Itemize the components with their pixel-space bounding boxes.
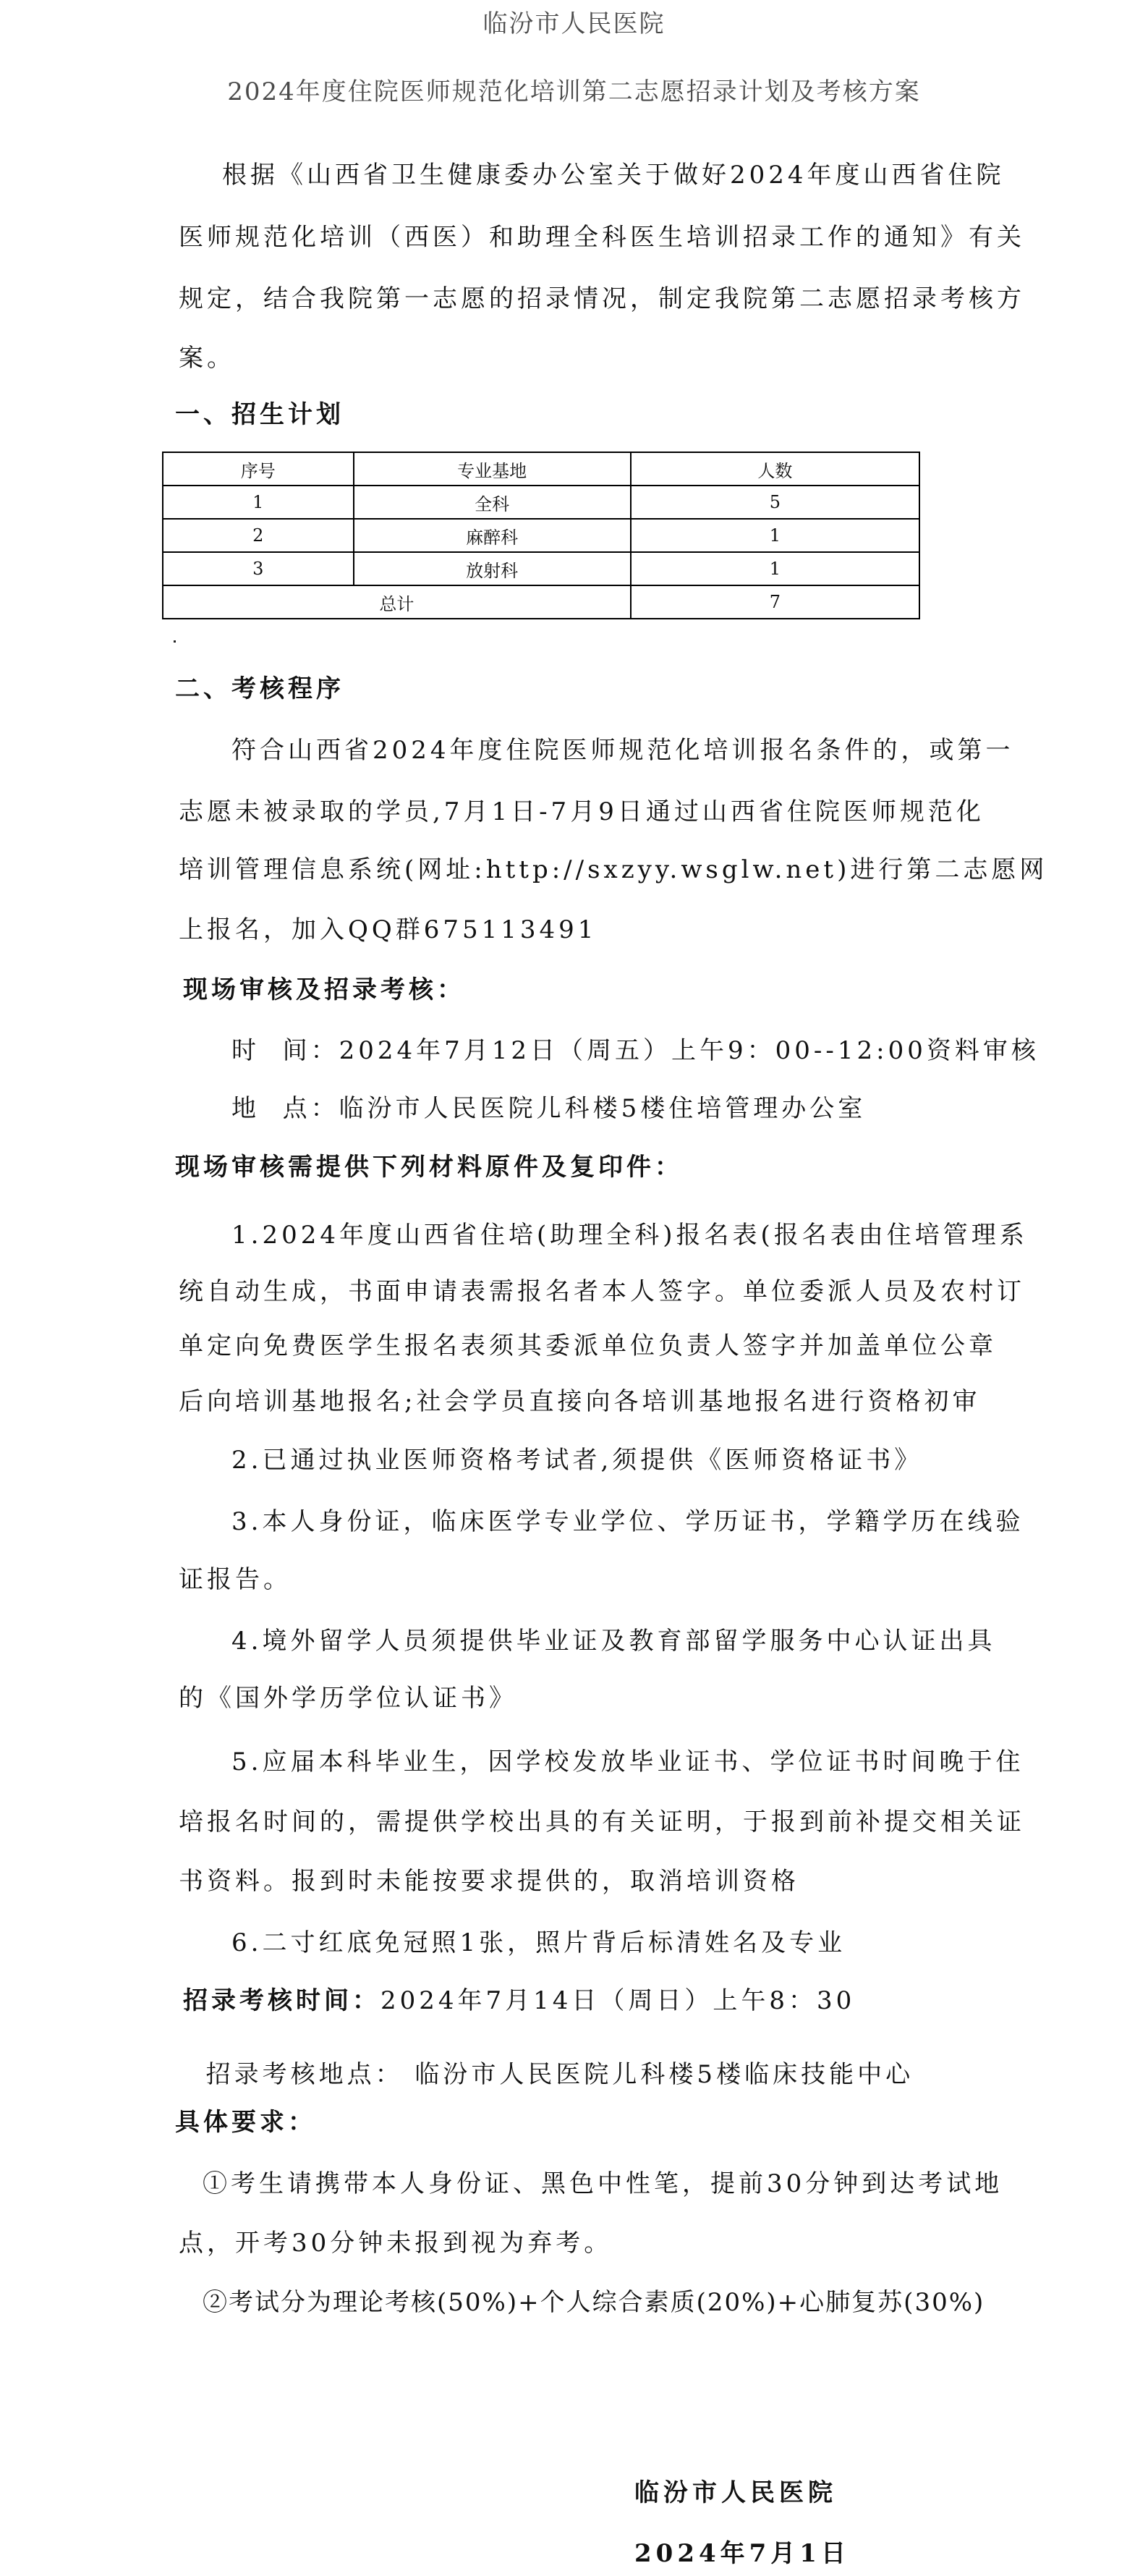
material-line: 1.2024年度山西省住培(助理全科)报名表(报名表由住培管理系 bbox=[231, 1221, 1028, 1250]
table-cell: 5 bbox=[631, 486, 919, 519]
table-header-row: 序号 专业基地 人数 bbox=[163, 452, 919, 486]
stray-dot bbox=[174, 640, 176, 643]
exam-time: 招录考核时间：2024年7月14日（周日）上午8：30 bbox=[183, 1986, 855, 2015]
exam-time-label: 招录考核时间： bbox=[183, 1986, 380, 2015]
document-subtitle: 2024年度住院医师规范化培训第二志愿招录计划及考核方案 bbox=[0, 77, 1148, 106]
material-line: 书资料。报到时未能按要求提供的，取消培训资格 bbox=[179, 1867, 799, 1896]
exam-place: 招录考核地点： 临汾市人民医院儿科楼5楼临床技能中心 bbox=[183, 2031, 914, 2089]
paragraph-line: 培训管理信息系统(网址:http://sxzyy.wsglw.net)进行第二志… bbox=[179, 855, 1047, 884]
requirement-line: ①考生请携带本人身份证、黑色中性笔，提前30分钟到达考试地 bbox=[203, 2169, 1003, 2198]
intro-line: 根据《山西省卫生健康委办公室关于做好2024年度山西省住院 bbox=[222, 161, 1005, 190]
table-total-value: 7 bbox=[631, 585, 919, 619]
requirements-heading: 具体要求： bbox=[175, 2108, 316, 2137]
review-place: 地 点：临汾市人民医院儿科楼5楼住培管理办公室 bbox=[231, 1094, 866, 1123]
material-line: 6.二寸红底免冠照1张，照片背后标清姓名及专业 bbox=[231, 1928, 846, 1957]
material-line: 2.已通过执业医师资格考试者,须提供《医师资格证书》 bbox=[231, 1446, 922, 1475]
document-title: 临汾市人民医院 bbox=[0, 9, 1148, 38]
paragraph-line: 上报名，加入QQ群675113491 bbox=[179, 915, 597, 944]
table-row: 1 全科 5 bbox=[163, 486, 919, 519]
table-cell: 1 bbox=[631, 519, 919, 552]
material-line: 证报告。 bbox=[179, 1565, 292, 1594]
table-cell: 全科 bbox=[354, 486, 631, 519]
table-row: 3 放射科 1 bbox=[163, 552, 919, 585]
table-cell: 3 bbox=[163, 552, 354, 585]
exam-place-value: 临汾市人民医院儿科楼5楼临床技能中心 bbox=[404, 2060, 914, 2089]
table-total-label: 总计 bbox=[163, 585, 631, 619]
table-header-cell: 人数 bbox=[631, 452, 919, 486]
material-line: 统自动生成，书面申请表需报名者本人签字。单位委派人员及农村订 bbox=[179, 1277, 1025, 1306]
requirement-line: 点，开考30分钟未报到视为弃考。 bbox=[179, 2229, 612, 2258]
material-line: 3.本人身份证，临床医学专业学位、学历证书，学籍学历在线验 bbox=[231, 1507, 1024, 1536]
table-header-cell: 专业基地 bbox=[354, 452, 631, 486]
onsite-review-heading: 现场审核及招录考核： bbox=[183, 975, 465, 1004]
intro-line: 医师规范化培训（西医）和助理全科医生培训招录工作的通知》有关 bbox=[179, 223, 1025, 252]
table-cell: 2 bbox=[163, 519, 354, 552]
material-line: 4.境外留学人员须提供毕业证及教育部留学服务中心认证出具 bbox=[231, 1627, 995, 1656]
table-cell: 麻醉科 bbox=[354, 519, 631, 552]
material-line: 培报名时间的，需提供学校出具的有关证明，于报到前补提交相关证 bbox=[179, 1808, 1025, 1836]
exam-time-value: 2024年7月14日（周日）上午8：30 bbox=[380, 1986, 855, 2015]
material-line: 的《国外学历学位认证书》 bbox=[179, 1684, 517, 1713]
table-row: 2 麻醉科 1 bbox=[163, 519, 919, 552]
exam-place-label: 招录考核地点： bbox=[206, 2060, 404, 2089]
review-time: 时 间：2024年7月12日（周五）上午9：00--12:00资料审核 bbox=[231, 1036, 1039, 1065]
signature-date: 2024年7月1日 bbox=[634, 2539, 850, 2568]
materials-heading: 现场审核需提供下列材料原件及复印件： bbox=[175, 1153, 683, 1182]
requirement-line: ②考试分为理论考核(50%)+个人综合素质(20%)+心肺复苏(30%) bbox=[203, 2288, 985, 2317]
paragraph-line: 志愿未被录取的学员,7月1日-7月9日通过山西省住院医师规范化 bbox=[179, 797, 985, 826]
enrollment-plan-table: 序号 专业基地 人数 1 全科 5 2 麻醉科 1 3 放射科 1 总计 7 bbox=[162, 452, 920, 619]
table-header-cell: 序号 bbox=[163, 452, 354, 486]
material-line: 后向培训基地报名;社会学员直接向各培训基地报名进行资格初审 bbox=[179, 1387, 980, 1416]
section-heading-enrollment-plan: 一、招生计划 bbox=[175, 400, 344, 429]
material-line: 单定向免费医学生报名表须其委派单位负责人签字并加盖单位公章 bbox=[179, 1331, 997, 1360]
material-line: 5.应届本科毕业生，因学校发放毕业证书、学位证书时间晚于住 bbox=[231, 1747, 1024, 1776]
signature-organization: 临汾市人民医院 bbox=[634, 2478, 837, 2507]
table-cell: 1 bbox=[163, 486, 354, 519]
table-cell: 放射科 bbox=[354, 552, 631, 585]
section-heading-assessment-procedure: 二、考核程序 bbox=[175, 674, 344, 703]
table-total-row: 总计 7 bbox=[163, 585, 919, 619]
paragraph-line: 符合山西省2024年度住院医师规范化培训报名条件的，或第一 bbox=[231, 736, 1014, 765]
intro-line: 案。 bbox=[179, 344, 235, 373]
intro-line: 规定，结合我院第一志愿的招录情况，制定我院第二志愿招录考核方 bbox=[179, 284, 1025, 313]
table-cell: 1 bbox=[631, 552, 919, 585]
